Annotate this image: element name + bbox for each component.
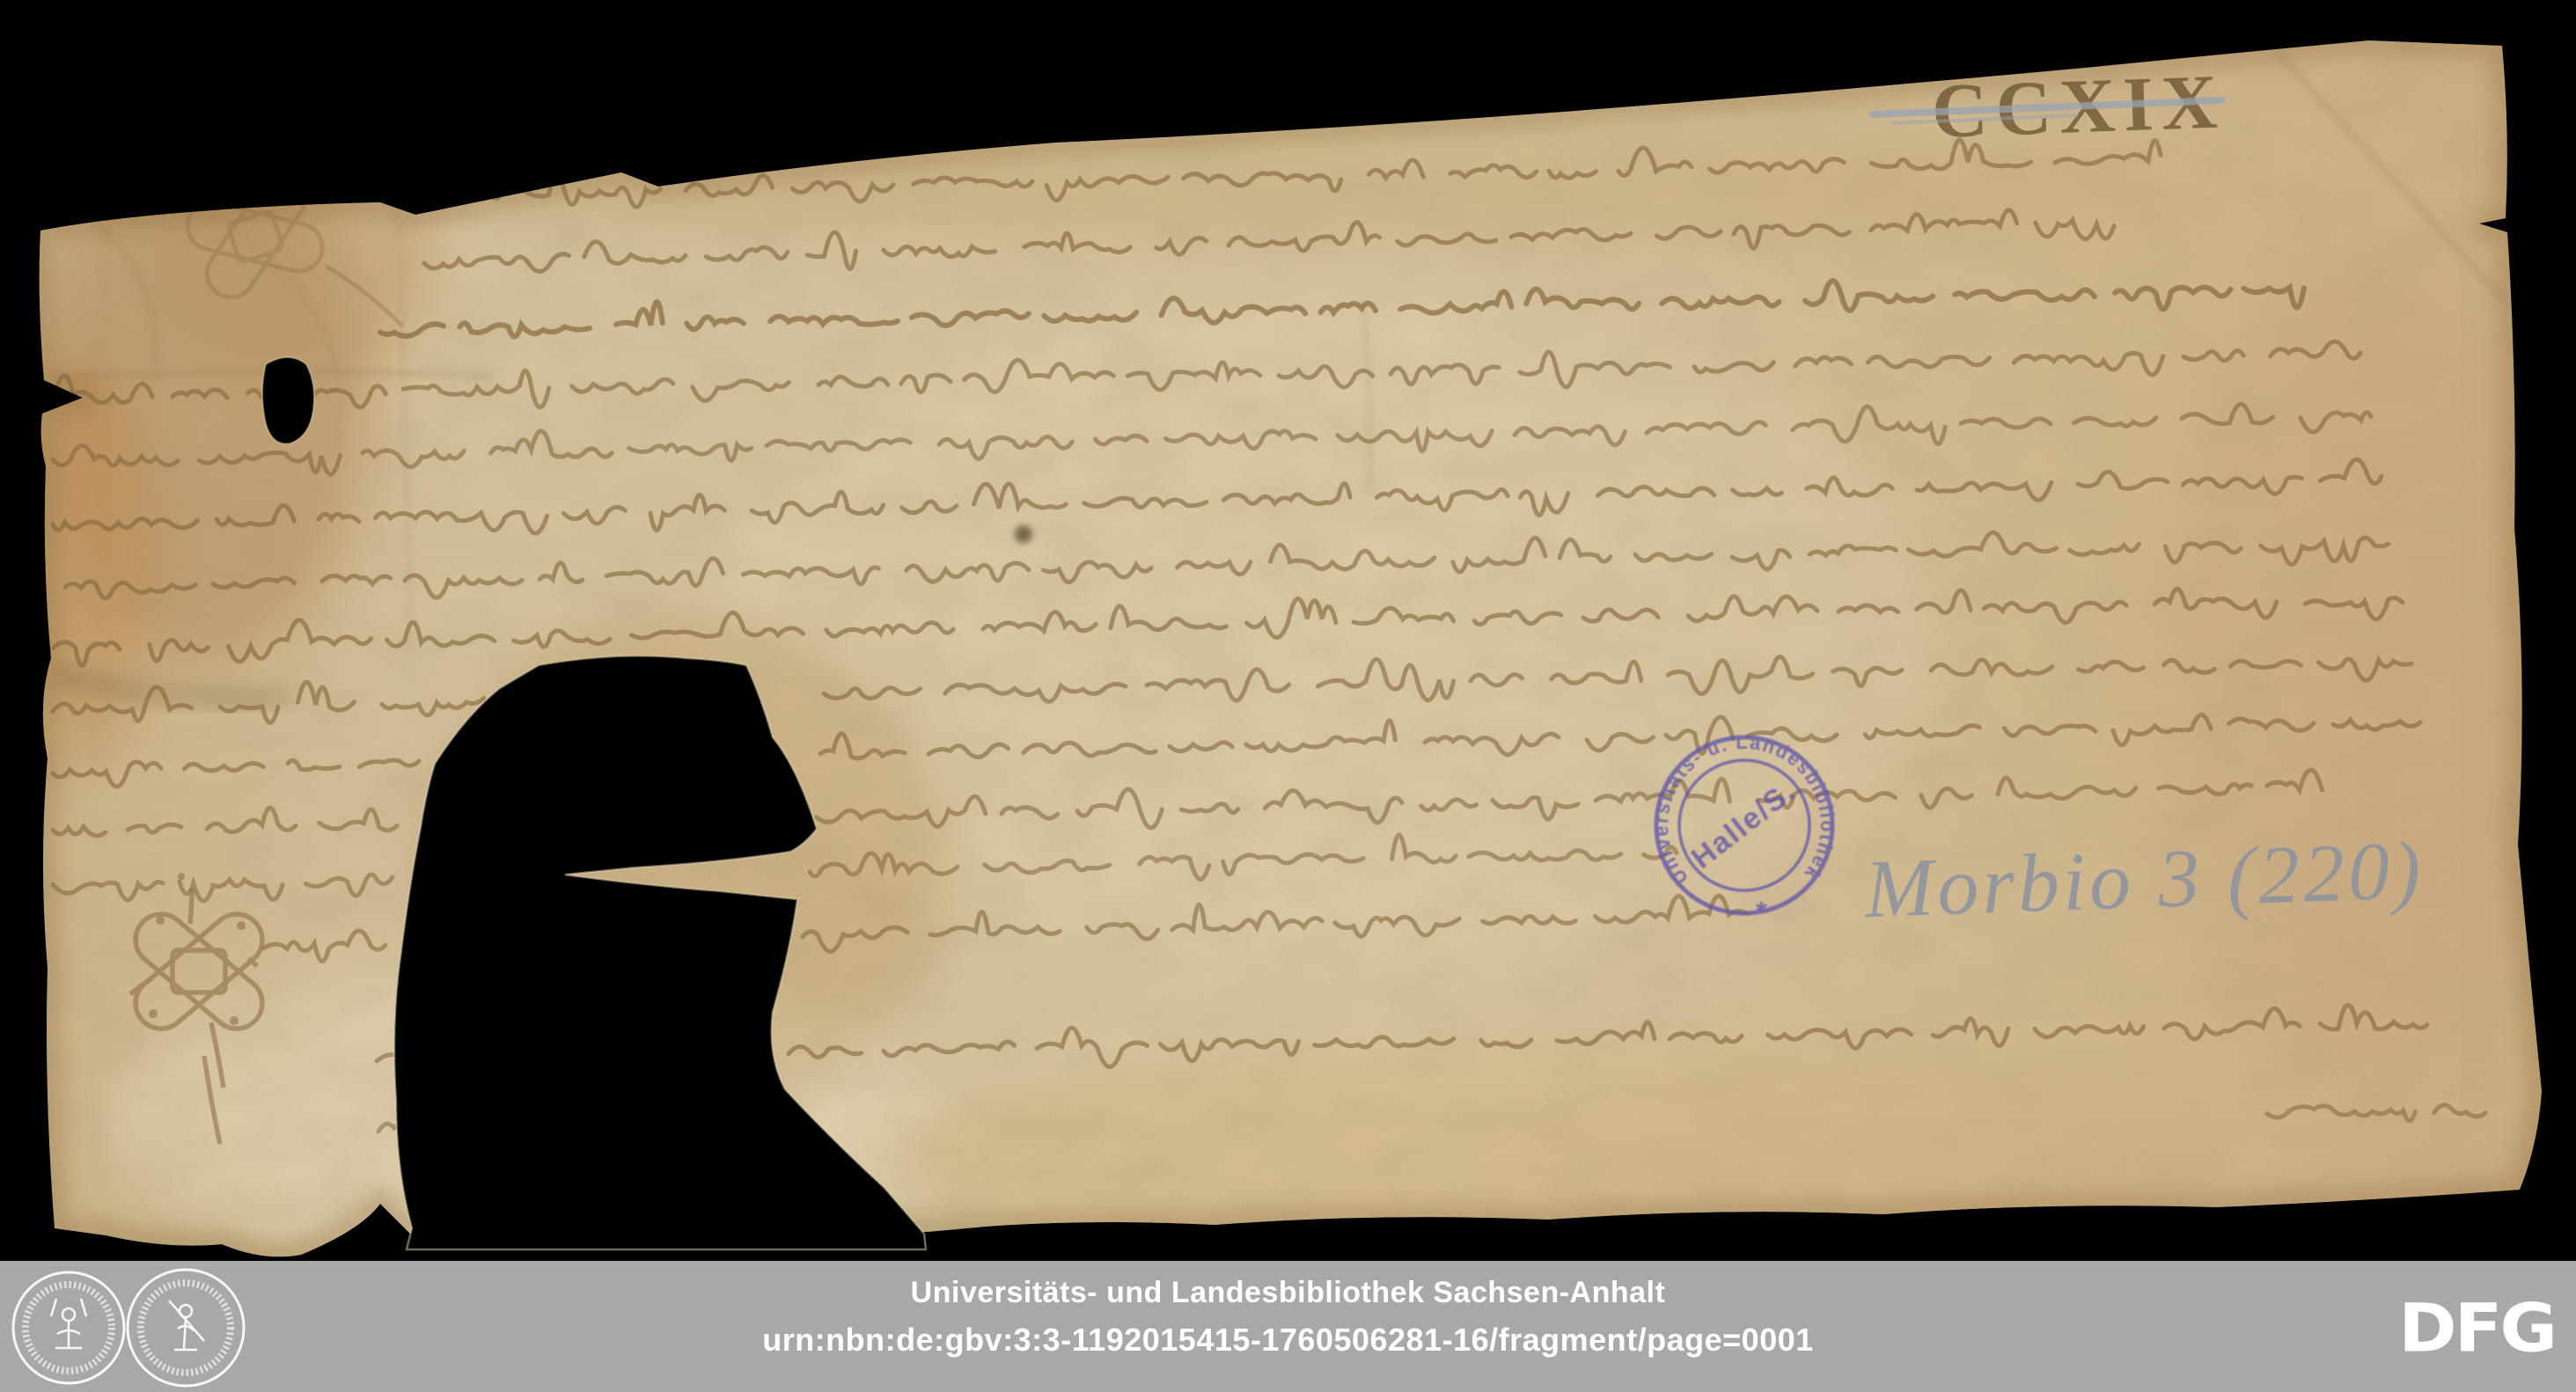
urn-identifier: urn:nbn:de:gbv:3:3-1192015415-1760506281…	[0, 1322, 2576, 1359]
viewer-page: Universitäts- u. Landesbibliothek Halle/…	[0, 0, 2576, 1392]
dfg-logo: DFG	[2398, 1289, 2555, 1366]
stamp-star-icon: ✱	[1755, 899, 1768, 917]
small-hole	[262, 357, 314, 444]
library-name: Universitäts- und Landesbibliothek Sachs…	[0, 1276, 2576, 1310]
paper-tooth	[0, 0, 2576, 1267]
scan-photo: Universitäts- u. Landesbibliothek Halle/…	[0, 0, 2576, 1392]
footer-text-block: Universitäts- und Landesbibliothek Sachs…	[0, 1261, 2576, 1359]
pencil-shelfmark: Morbio 3 (220)	[1861, 824, 2426, 935]
viewer-footer: Universitäts- und Landesbibliothek Sachs…	[0, 1261, 2576, 1392]
